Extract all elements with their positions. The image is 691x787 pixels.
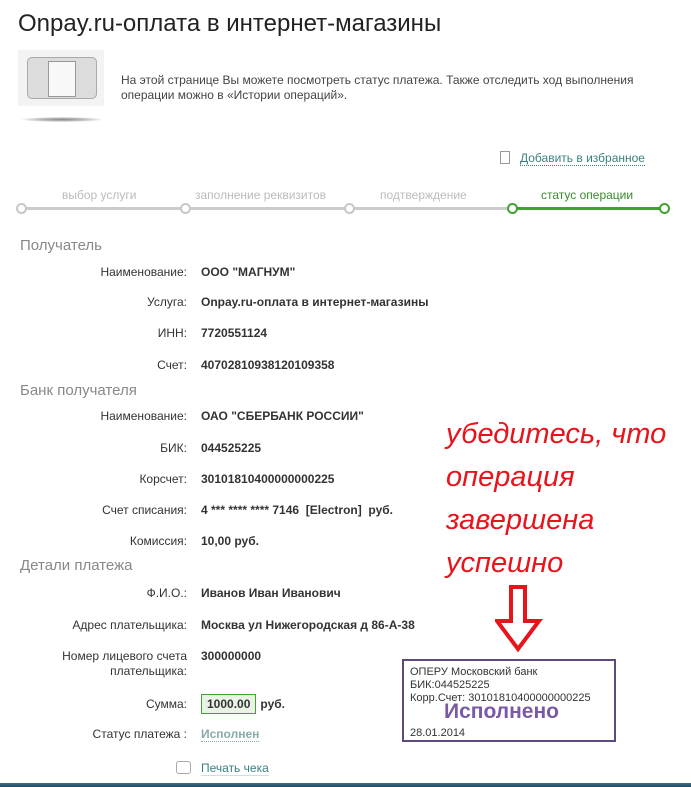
progress-track-active (512, 207, 664, 210)
bank-stamp: ОПЕРУ Московский банк БИК:044525225 Корр… (402, 659, 616, 742)
payment-status-link[interactable]: Исполнен (201, 727, 259, 742)
step-node-3 (344, 203, 355, 214)
progress-track (22, 207, 512, 210)
intro-text: На этой странице Вы можете посмотреть ст… (121, 73, 661, 103)
arrow-down-icon (495, 585, 545, 655)
sum-value: 1000.00 (201, 694, 256, 714)
step-label-4: статус операции (541, 188, 633, 202)
page-title: Onpay.ru-оплата в интернет-магазины (18, 10, 441, 38)
step-label-3: подтверждение (380, 188, 467, 202)
step-node-4 (507, 203, 518, 214)
step-node-1 (16, 203, 27, 214)
printer-icon (176, 761, 191, 774)
section-payment: Детали платежа (20, 557, 133, 574)
section-recipient: Получатель (20, 237, 102, 254)
add-to-favorites-link[interactable]: Добавить в избранное (500, 151, 645, 165)
icon-shadow (22, 117, 102, 122)
step-node-2 (180, 203, 191, 214)
step-label-1: выбор услуги (62, 188, 137, 202)
stamp-status: Исполнено (444, 705, 559, 718)
step-node-5 (659, 203, 670, 214)
section-bank: Банк получателя (20, 382, 137, 399)
print-receipt-link[interactable]: Печать чека (176, 761, 269, 775)
step-label-2: заполнение реквизитов (195, 188, 326, 202)
shopping-bag-card-icon (18, 50, 104, 106)
taskbar-edge (0, 783, 691, 787)
progress-steps: выбор услуги заполнение реквизитов подтв… (0, 180, 691, 220)
stamp-date: 28.01.2014 (410, 727, 465, 740)
annotation-text: убедитесь, что операция завершена успешн… (446, 413, 666, 585)
sum-currency: руб. (260, 697, 285, 711)
bookmark-icon (500, 151, 510, 164)
